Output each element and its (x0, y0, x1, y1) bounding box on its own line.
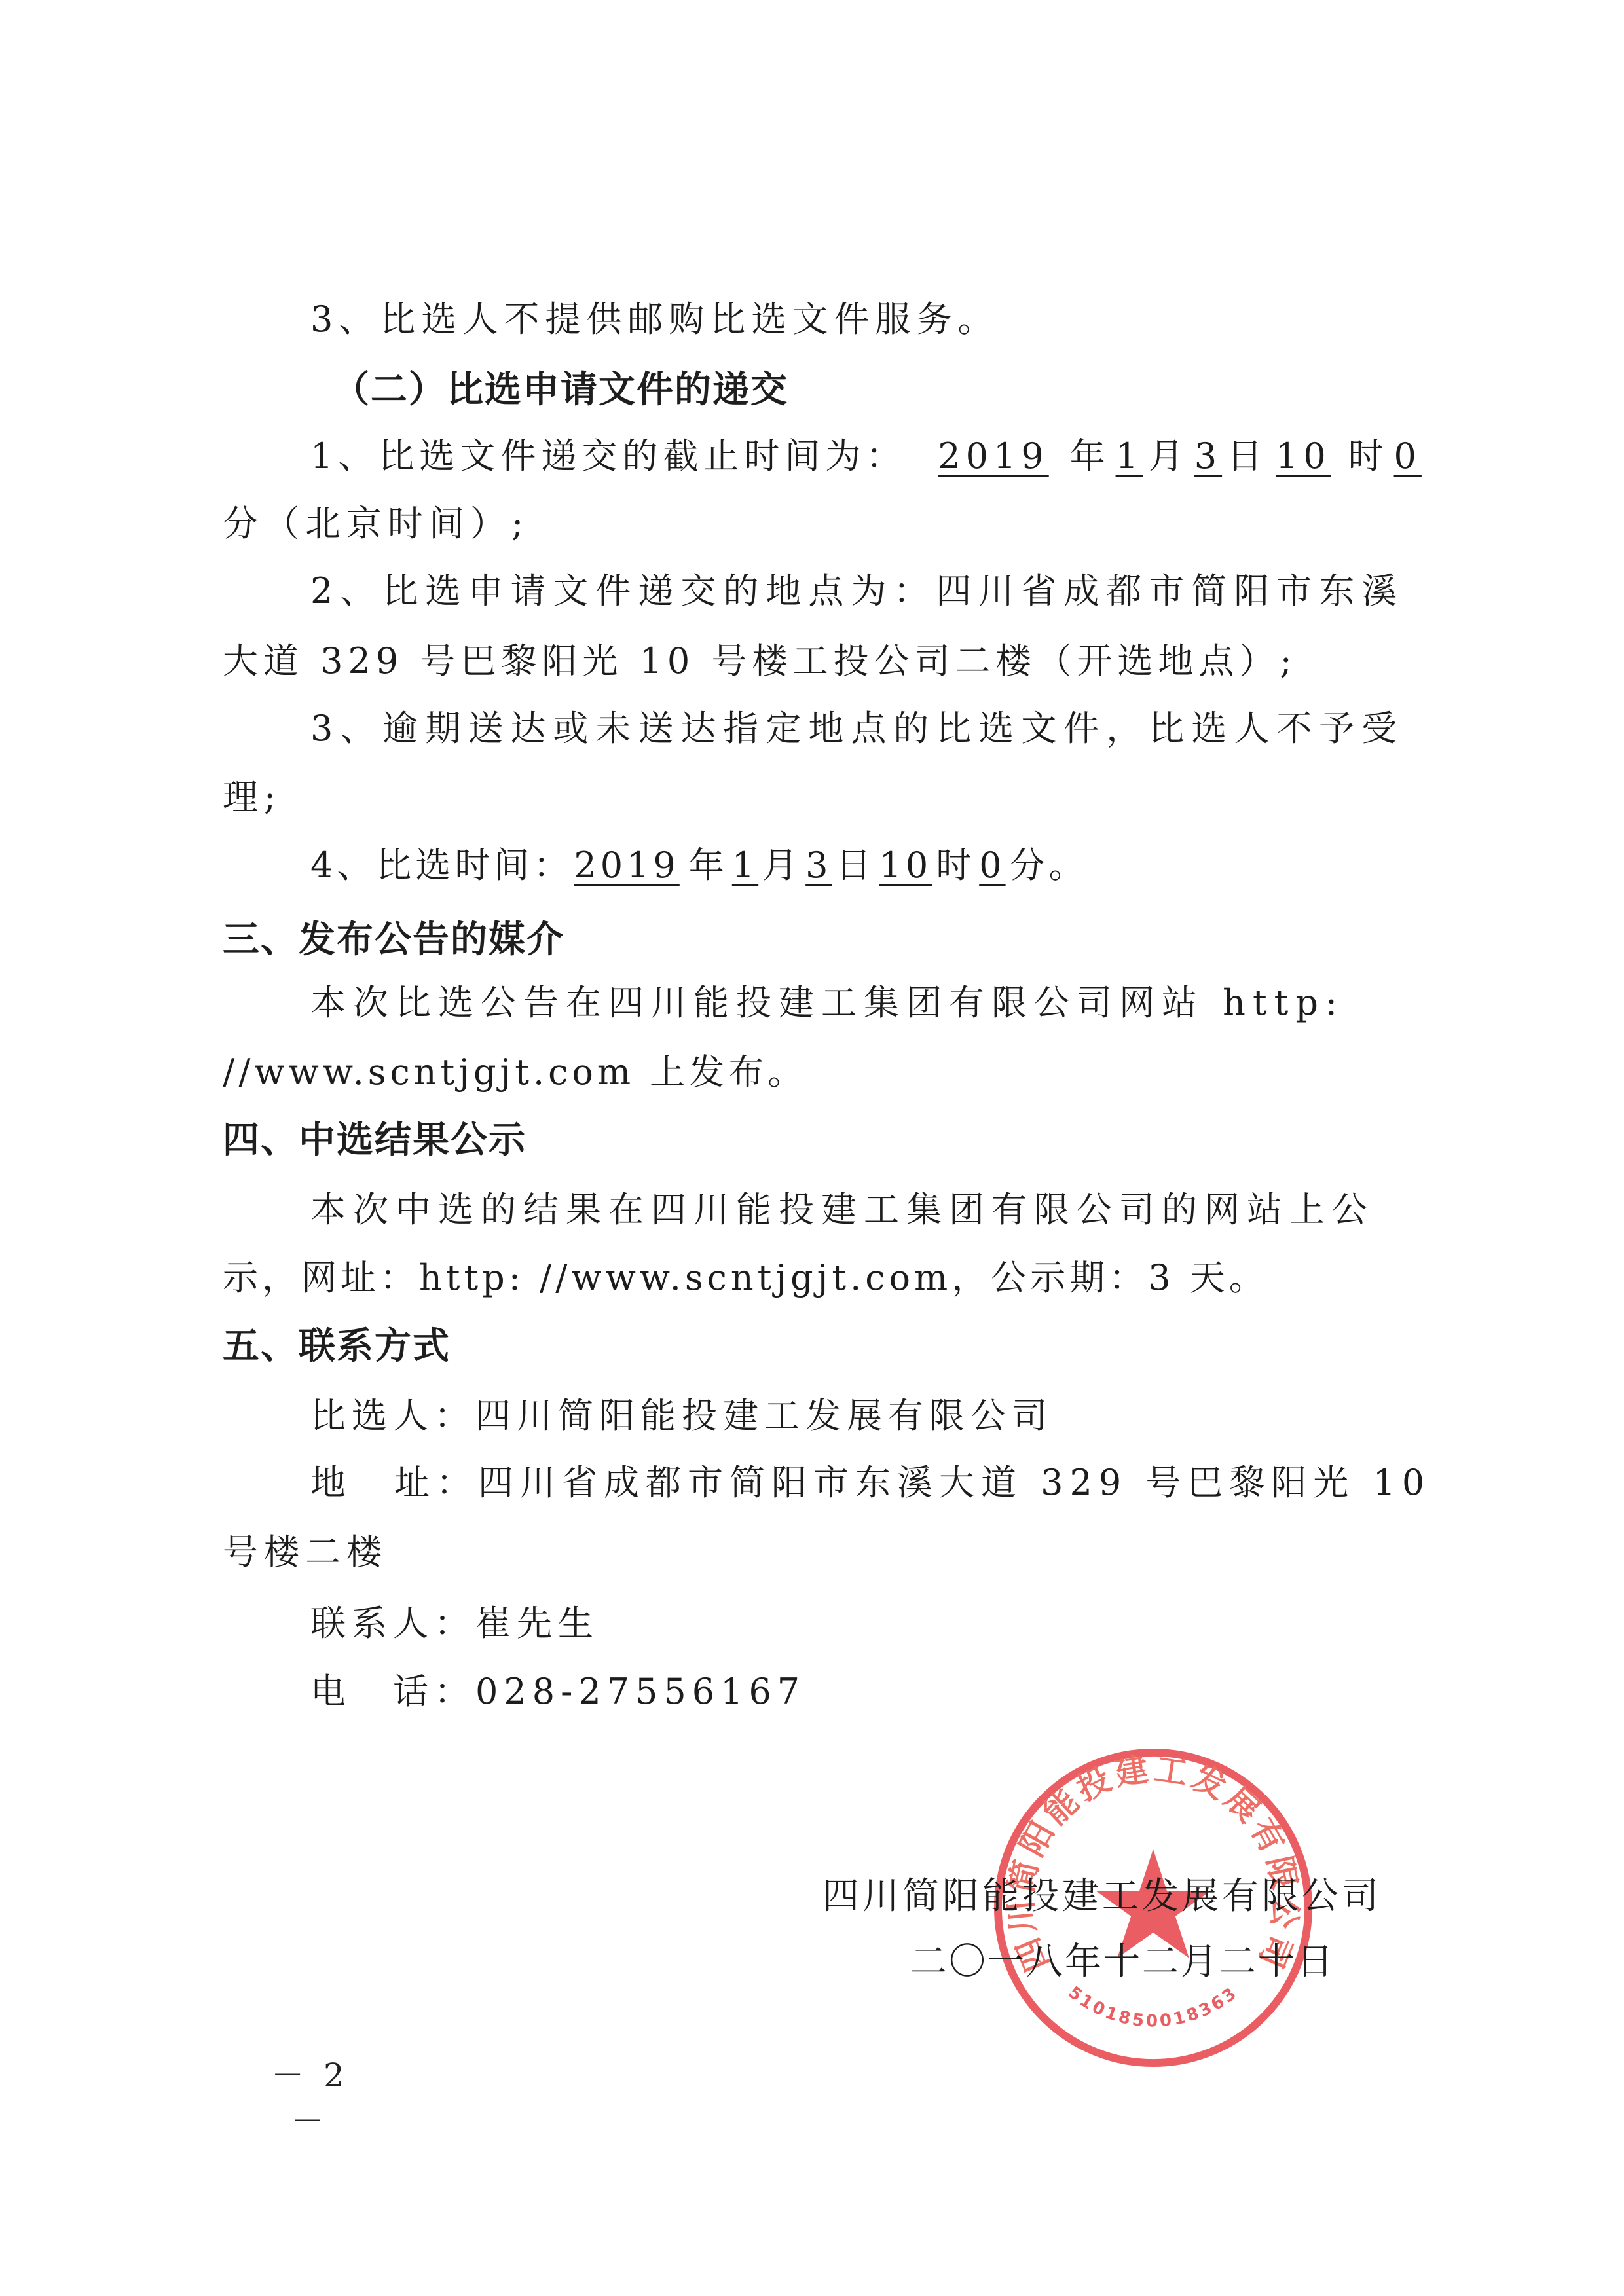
contact-address-value: 四川省成都市简阳市东溪大道 329 号巴黎阳光 10 (478, 1462, 1431, 1503)
section-heading-contact: 五、联系方式 (223, 1321, 451, 1373)
contact-phone: 电 话：028-27556167 (310, 1666, 805, 1718)
subheading-submission: （二）比选申请文件的递交 (333, 364, 788, 416)
contact-person-label: 联系人： (310, 1603, 475, 1644)
contact-person: 联系人：崔先生 (310, 1597, 599, 1650)
paragraph-deadline: 1、比选文件递交的截止时间为： 2019 年 1 月 3 日 10 时 0 (310, 430, 1426, 483)
section-heading-media: 三、发布公告的媒介 (223, 914, 564, 966)
contact-selector-value: 四川简阳能投建工发展有限公司 (475, 1395, 1053, 1436)
page-number: － 2 － (252, 2052, 363, 2098)
selection-time-prefix: 4、比选时间： (310, 845, 572, 886)
svg-text:5101850018363: 5101850018363 (1064, 1982, 1242, 2031)
deadline-hour-unit: 时 (1348, 430, 1389, 483)
paragraph-location: 2、比选申请文件递交的地点为：四川省成都市简阳市东溪 (310, 565, 1426, 617)
selection-year: 2019 (572, 845, 688, 886)
deadline-day-unit: 日 (1227, 430, 1268, 483)
contact-phone-value: 028-27556167 (475, 1671, 805, 1712)
selection-hour: 10 (876, 845, 936, 886)
deadline-hour: 10 (1269, 430, 1347, 483)
contact-person-value: 崔先生 (475, 1603, 599, 1644)
contact-selector: 比选人：四川简阳能投建工发展有限公司 (310, 1390, 1053, 1442)
deadline-day: 3 (1190, 430, 1226, 483)
contact-selector-label: 比选人： (310, 1395, 475, 1436)
deadline-prefix: 1、比选文件递交的截止时间为： (310, 430, 906, 483)
deadline-minute: 0 (1390, 430, 1426, 483)
paragraph-overdue: 3、逾期送达或未送达指定地点的比选文件，比选人不予受 (310, 702, 1404, 755)
deadline-month: 1 (1112, 430, 1147, 483)
selection-minute-unit: 分。 (1010, 845, 1088, 886)
selection-day-unit: 日 (836, 845, 876, 886)
contact-address-label: 地 址： (310, 1462, 478, 1503)
document-page: 3、比选人不提供邮购比选文件服务。 （二）比选申请文件的递交 1、比选文件递交的… (0, 0, 1624, 2296)
selection-hour-unit: 时 (936, 845, 975, 886)
paragraph-results: 本次中选的结果在四川能投建工集团有限公司的网站上公 (310, 1184, 1375, 1236)
paragraph-no-mail-purchase: 3、比选人不提供邮购比选文件服务。 (310, 293, 999, 346)
selection-month: 1 (728, 845, 762, 886)
deadline-month-unit: 月 (1149, 430, 1189, 483)
selection-month-unit: 月 (762, 845, 802, 886)
deadline-year: 2019 (908, 430, 1068, 483)
paragraph-deadline-cont: 分（北京时间）; (223, 498, 529, 550)
contact-address-cont: 号楼二楼 (223, 1526, 388, 1578)
paragraph-media: 本次比选公告在四川能投建工集团有限公司网站 http: (310, 977, 1344, 1029)
selection-day: 3 (802, 845, 836, 886)
paragraph-media-cont: //www.scntjgjt.com 上发布。 (223, 1046, 807, 1099)
seal-code: 5101850018363 (1064, 1982, 1242, 2031)
section-heading-results: 四、中选结果公示 (223, 1114, 526, 1167)
paragraph-overdue-cont: 理; (223, 771, 282, 824)
selection-minute: 0 (975, 845, 1009, 886)
paragraph-results-cont: 示，网址：http: //www.scntjgjt.com，公示期：3 天。 (223, 1252, 1268, 1304)
deadline-year-unit: 年 (1070, 430, 1111, 483)
selection-year-unit: 年 (689, 845, 728, 886)
paragraph-location-cont: 大道 329 号巴黎阳光 10 号楼工投公司二楼（开选地点）; (223, 635, 1297, 687)
contact-phone-label: 电 话： (310, 1671, 475, 1712)
paragraph-selection-time: 4、比选时间：2019年1月3日10时0分。 (310, 839, 1088, 892)
signature-date: 二〇一八年十二月二十日 (910, 1936, 1335, 1988)
signature-company: 四川简阳能投建工发展有限公司 (822, 1870, 1382, 1923)
contact-address: 地 址：四川省成都市简阳市东溪大道 329 号巴黎阳光 10 (310, 1457, 1431, 1509)
